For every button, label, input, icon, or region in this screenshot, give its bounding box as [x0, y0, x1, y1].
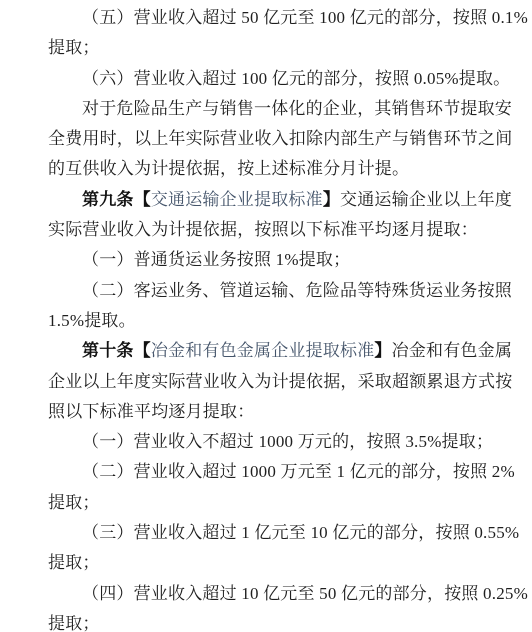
text-run: 交通运输企业以上年度 [340, 190, 512, 209]
text-run: 提取； [48, 38, 100, 57]
text-run: （一）普通货运业务按照 1%提取； [82, 250, 350, 269]
text-run: （一）营业收入不超过 1000 万元的，按照 3.5%提取； [82, 432, 493, 451]
article-number-run: 第九条 [82, 190, 134, 209]
text-line: 提取； [48, 609, 512, 632]
text-line: （六）营业收入超过 100 亿元的部分，按照 0.05%提取。 [48, 64, 512, 94]
text-run: （三）营业收入超过 1 亿元至 10 亿元的部分，按照 0.55% [82, 523, 519, 542]
document-body: （五）营业收入超过 50 亿元至 100 亿元的部分，按照 0.1%提取；（六）… [48, 3, 512, 632]
text-line: 提取； [48, 488, 512, 518]
text-line: 全费用时，以上年实际营业收入扣除内部生产与销售环节之间 [48, 124, 512, 154]
article-number-run: 第十条 [82, 341, 134, 360]
text-line: 企业以上年度实际营业收入为计提依据，采取超额累退方式按 [48, 367, 512, 397]
text-run: （二）营业收入超过 1000 万元至 1 亿元的部分，按照 2% [82, 462, 515, 481]
text-run: 全费用时，以上年实际营业收入扣除内部生产与销售环节之间 [48, 129, 512, 148]
article-title-run: 冶金和有色金属企业提取标准 [151, 341, 375, 360]
text-run: （二）客运业务、管道运输、危险品等特殊货运业务按照 [82, 281, 512, 300]
text-run: 冶金和有色金属 [392, 341, 512, 360]
text-line: 实际营业收入为计提依据，按照以下标准平均逐月提取： [48, 215, 512, 245]
text-line: 对于危险品生产与销售一体化的企业，其销售环节提取安 [48, 94, 512, 124]
text-run: 提取； [48, 553, 100, 572]
text-run: 照以下标准平均逐月提取： [48, 402, 254, 421]
text-line: 第十条【冶金和有色金属企业提取标准】冶金和有色金属 [48, 336, 512, 366]
text-line: 提取； [48, 33, 512, 63]
text-line: 1.5%提取。 [48, 306, 512, 336]
article-number-run: 】 [374, 341, 391, 360]
text-run: 对于危险品生产与销售一体化的企业，其销售环节提取安 [82, 99, 512, 118]
text-run: 1.5%提取。 [48, 311, 136, 330]
text-line: 照以下标准平均逐月提取： [48, 397, 512, 427]
text-line: （一）营业收入不超过 1000 万元的，按照 3.5%提取； [48, 427, 512, 457]
text-line: 的互供收入为计提依据，按上述标准分月计提。 [48, 154, 512, 184]
article-number-run: 【 [134, 190, 151, 209]
text-run: （六）营业收入超过 100 亿元的部分，按照 0.05%提取。 [82, 69, 510, 88]
text-run: （四）营业收入超过 10 亿元至 50 亿元的部分，按照 0.25% [82, 584, 528, 603]
text-line: （五）营业收入超过 50 亿元至 100 亿元的部分，按照 0.1% [48, 3, 512, 33]
article-number-run: 】 [323, 190, 340, 209]
article-title-run: 交通运输企业提取标准 [151, 190, 323, 209]
article-number-run: 【 [134, 341, 151, 360]
text-line: （四）营业收入超过 10 亿元至 50 亿元的部分，按照 0.25% [48, 579, 512, 609]
text-line: （一）普通货运业务按照 1%提取； [48, 245, 512, 275]
text-run: 提取； [48, 614, 100, 632]
text-run: 提取； [48, 493, 100, 512]
text-line: （二）客运业务、管道运输、危险品等特殊货运业务按照 [48, 276, 512, 306]
text-line: 第九条【交通运输企业提取标准】交通运输企业以上年度 [48, 185, 512, 215]
text-line: 提取； [48, 548, 512, 578]
text-run: 实际营业收入为计提依据，按照以下标准平均逐月提取： [48, 220, 478, 239]
document-page: （五）营业收入超过 50 亿元至 100 亿元的部分，按照 0.1%提取；（六）… [0, 0, 532, 632]
text-run: 企业以上年度实际营业收入为计提依据，采取超额累退方式按 [48, 372, 512, 391]
text-line: （三）营业收入超过 1 亿元至 10 亿元的部分，按照 0.55% [48, 518, 512, 548]
text-line: （二）营业收入超过 1000 万元至 1 亿元的部分，按照 2% [48, 457, 512, 487]
text-run: 的互供收入为计提依据，按上述标准分月计提。 [48, 159, 409, 178]
text-run: （五）营业收入超过 50 亿元至 100 亿元的部分，按照 0.1% [82, 8, 528, 27]
